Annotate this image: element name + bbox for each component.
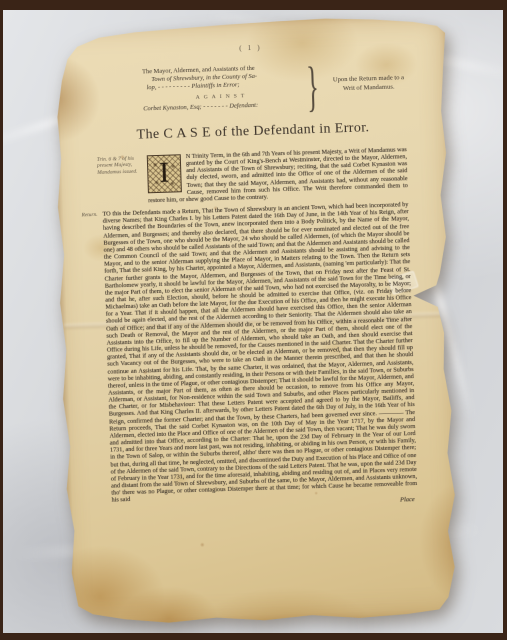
case-caption: The Mayor, Aldermen, and Assistants of t… [142, 60, 413, 113]
document-page: ( 1 ) The Mayor, Aldermen, and Assistant… [47, 15, 464, 627]
drop-cap-initial: I [147, 154, 182, 193]
margin-note: Return. [62, 212, 98, 220]
margin-note: Trin. 6 & 7 of his present Majesty, Mand… [97, 156, 142, 177]
writ-note: Upon the Return made to a Writ of Mandam… [324, 74, 412, 94]
paragraph-text: TO this the Defendants made a Return, Th… [102, 201, 417, 504]
photo-of-document: { "photo": { "frame_color": "#3a2417", "… [0, 0, 507, 640]
body-text: Trin. 6 & 7 of his present Majesty, Mand… [101, 146, 418, 512]
paragraph-text: N Trinity Term, in the 6th and 7th Years… [148, 146, 408, 204]
paragraph-mandamus: Trin. 6 & 7 of his present Majesty, Mand… [147, 146, 408, 204]
document-page-wrap: ( 1 ) The Mayor, Aldermen, and Assistant… [47, 15, 464, 627]
caption-brace: } [306, 61, 320, 110]
backdrop-cloth: ( 1 ) The Mayor, Aldermen, and Assistant… [3, 10, 503, 633]
case-title: The C A S E of the Defendant in Error. [100, 119, 406, 145]
page-number: ( 1 ) [97, 38, 403, 57]
printed-content: ( 1 ) The Mayor, Aldermen, and Assistant… [97, 38, 421, 613]
paragraph-return: Return. TO this the Defendants made a Re… [102, 201, 417, 504]
parties-block: The Mayor, Aldermen, and Assistants of t… [142, 63, 301, 113]
